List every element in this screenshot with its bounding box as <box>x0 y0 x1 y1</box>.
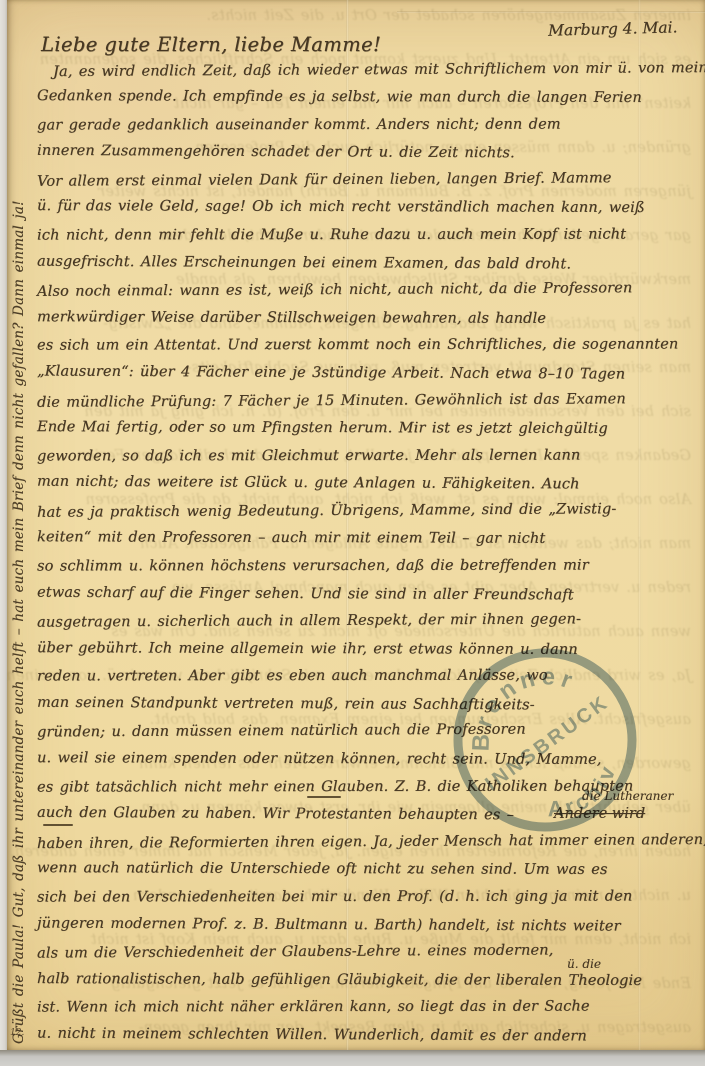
handwriting-line: etwas scharf auf die Finger sehen. Und s… <box>37 584 574 603</box>
handwriting-line: die mündliche Prüfung: 7 Fächer je 15 Mi… <box>37 391 626 411</box>
handwriting-line: gar gerade gedanklich auseinander kommt.… <box>37 116 561 133</box>
handwriting-line: geworden, so daß ich es mit Gleichmut er… <box>37 447 580 464</box>
corner-archival-mark: 12. <box>10 1028 24 1038</box>
scanned-letter-page: inneren Zusammengehören schadet der Ort … <box>0 0 705 1066</box>
handwriting-line: Gedanken spende. Ich empfinde es ja selb… <box>37 88 642 106</box>
handwriting-line: Vor allem erst einmal vielen Dank für de… <box>37 170 612 190</box>
handwriting-line: als um die Verschiedenheit der Glaubens-… <box>37 943 554 962</box>
handwriting-line: Ja, es wird endlich Zeit, daß ich wieder… <box>53 59 705 79</box>
handwriting-line: hat es ja praktisch wenig Bedeutung. Übr… <box>37 501 616 521</box>
handwriting-line: ich nicht, denn mir fehlt die Muße u. Ru… <box>37 226 626 243</box>
handwriting-line: merkwürdiger Weise darüber Stillschweige… <box>37 309 546 327</box>
handwriting-line: man nicht; das weitere ist Glück u. gute… <box>37 474 580 493</box>
insertion-ue-die: ü. die <box>567 957 601 971</box>
handwriting-line: es sich um ein Attentat. Und zuerst komm… <box>37 337 678 354</box>
handwriting-line: haben ihren, die Reformierten ihren eige… <box>37 832 705 852</box>
handwriting-line: auch den Glauben zu haben. Wir Protestan… <box>37 805 514 823</box>
body-lines: Ja, es wird endlich Zeit, daß ich wieder… <box>37 0 705 1052</box>
scanner-background-strip <box>0 1050 705 1066</box>
handwriting-line: „Klausuren“: über 4 Fächer eine je 3stün… <box>37 363 625 382</box>
handwriting-line: jüngeren modernen Prof. z. B. Bultmann u… <box>37 915 621 934</box>
handwriting-line: keiten“ mit den Professoren – auch mir m… <box>37 530 545 548</box>
handwriting-line: inneren Zusammengehören schadet der Ort … <box>37 143 515 162</box>
margin-note-vertical: Grüßt die Paula! Gut, daß ihr untereinan… <box>11 254 27 1044</box>
handwriting-line: ausgefrischt. Alles Erscheinungen bei ei… <box>37 253 571 272</box>
handwriting-line: sich bei den Verschiedenheiten bei mir u… <box>37 888 632 905</box>
handwriting-line: ausgetragen u. sicherlich auch in allem … <box>37 611 581 630</box>
handwriting-line: ist. Wenn ich mich nicht näher erklären … <box>37 999 590 1016</box>
letter-paper: inneren Zusammengehören schadet der Ort … <box>7 0 705 1052</box>
handwriting-line: Ende Mai fertig, oder so um Pfingsten he… <box>37 419 608 437</box>
handwriting-line: u. nicht in meinem schlechten Willen. Wu… <box>37 1025 587 1044</box>
underline-mark-auch <box>43 824 73 826</box>
handwriting-line: so schlimm u. können höchstens verursach… <box>37 557 589 574</box>
handwriting-line: halb rationalistischen, halb gefühligen … <box>37 971 642 989</box>
underline-mark-einen <box>307 796 341 798</box>
handwriting-line: ü. für das viele Geld, sage! Ob ich mich… <box>37 198 645 216</box>
handwriting-line: Also noch einmal: wann es ist, weiß ich … <box>37 280 632 300</box>
